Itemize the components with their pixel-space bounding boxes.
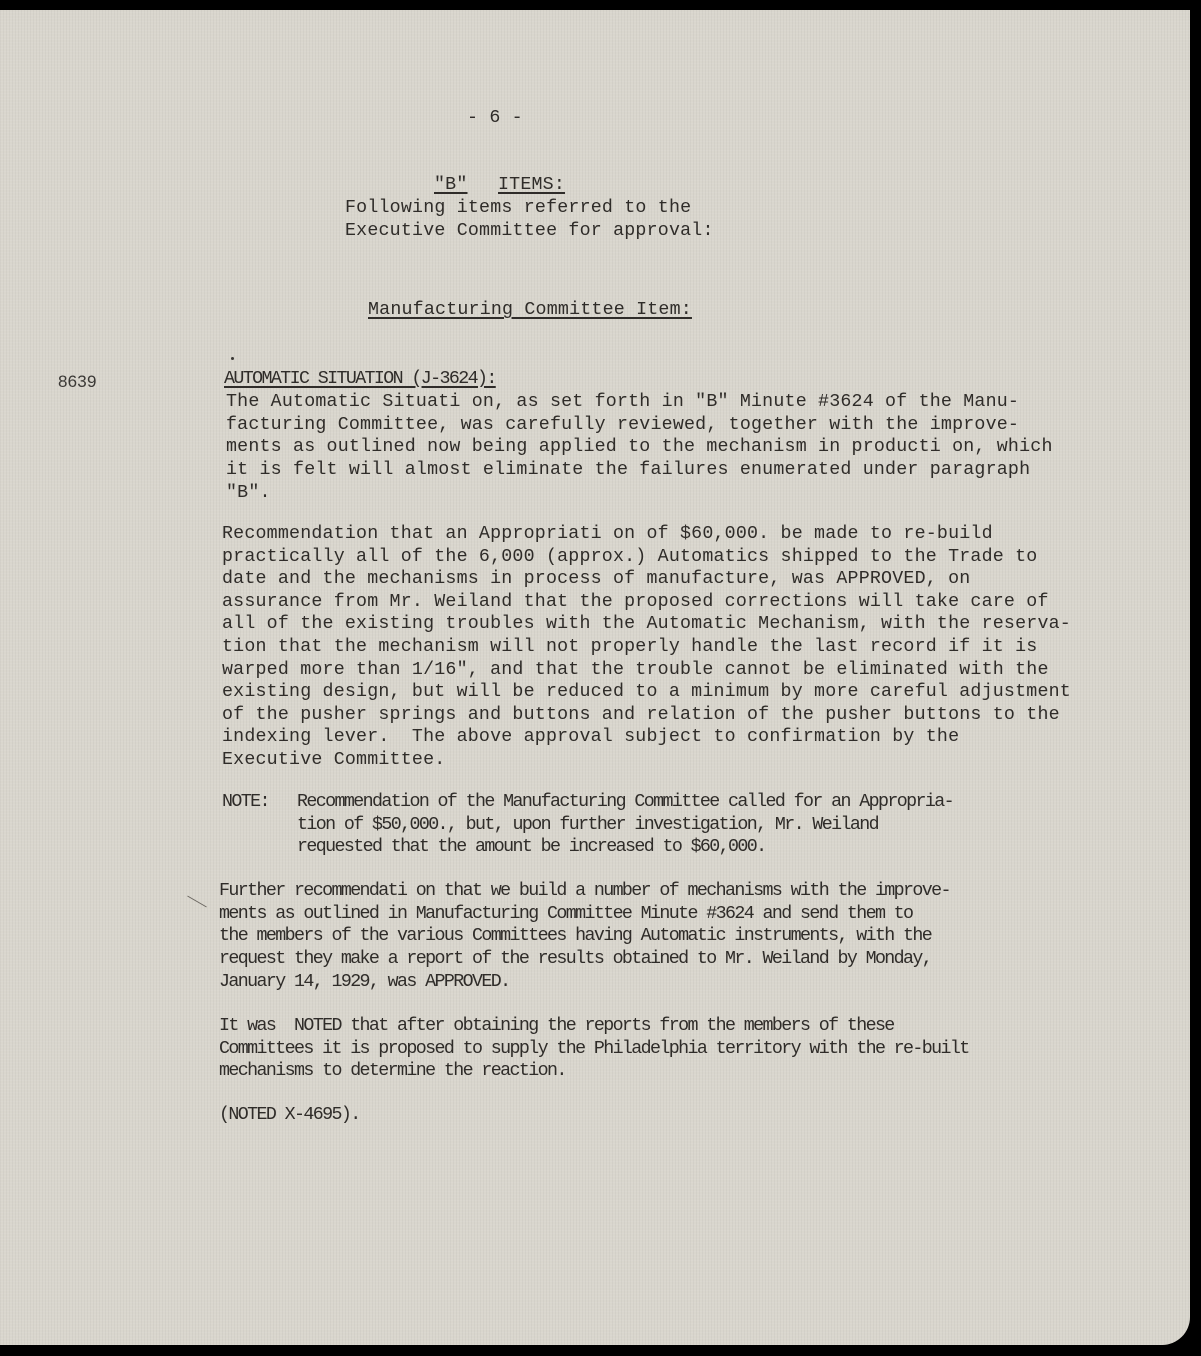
text-line: all of the existing troubles with the Au… bbox=[222, 613, 1071, 636]
text-line: the members of the various Committees ha… bbox=[219, 925, 931, 948]
closing-reference: (NOTED X-4695). bbox=[219, 1104, 360, 1127]
text-line: request they make a report of the result… bbox=[219, 948, 931, 971]
margin-tick-mark bbox=[187, 896, 207, 908]
text-line: of the pusher springs and buttons and re… bbox=[222, 704, 1060, 727]
text-line: Recommendation of the Manufacturing Comm… bbox=[297, 791, 953, 814]
text-line: ments as outlined now being applied to t… bbox=[226, 436, 1053, 459]
text-line: The Automatic Situati on, as set forth i… bbox=[226, 391, 1019, 414]
text-line: warped more than 1/16", and that the tro… bbox=[222, 659, 1049, 682]
text-line: facturing Committee, was carefully revie… bbox=[226, 414, 1019, 437]
section-subtitle-line-1: Following items referred to the bbox=[345, 197, 691, 220]
text-line: mechanisms to determine the reaction. bbox=[219, 1060, 566, 1083]
text-line: tion that the mechanism will not properl… bbox=[222, 636, 1037, 659]
text-line: Further recommendati on that we build a … bbox=[219, 880, 950, 903]
text-line: requested that the amount be increased t… bbox=[297, 836, 766, 859]
text-line: Recommendation that an Appropriati on of… bbox=[222, 523, 993, 546]
text-line: It was NOTED that after obtaining the re… bbox=[219, 1015, 894, 1038]
note-label: NOTE: bbox=[222, 791, 269, 814]
text-line: Executive Committee. bbox=[222, 749, 445, 772]
ink-mark bbox=[231, 357, 234, 360]
committee-heading: Manufacturing Committee Item: bbox=[368, 299, 692, 322]
text-line: date and the mechanisms in process of ma… bbox=[222, 568, 970, 591]
section-heading-label: "B" bbox=[434, 174, 468, 197]
text-line: January 14, 1929, was APPROVED. bbox=[219, 971, 510, 994]
text-line: it is felt will almost eliminate the fai… bbox=[226, 459, 1030, 482]
minute-number: 8639 bbox=[58, 371, 97, 394]
section-subtitle-line-2: Executive Committee for approval: bbox=[345, 220, 714, 243]
text-line: ments as outlined in Manufacturing Commi… bbox=[219, 903, 912, 926]
text-line: "B". bbox=[226, 482, 271, 505]
document-page: - 6 - "B" ITEMS: Following items referre… bbox=[0, 10, 1190, 1345]
text-line: tion of $50,000., but, upon further inve… bbox=[297, 814, 878, 837]
page-number: - 6 - bbox=[467, 107, 523, 130]
item-title: AUTOMATIC SITUATION (J-3624): bbox=[224, 368, 496, 391]
text-line: Committees it is proposed to supply the … bbox=[219, 1038, 969, 1061]
text-line: existing design, but will be reduced to … bbox=[222, 681, 1071, 704]
section-heading-word: ITEMS: bbox=[498, 174, 565, 197]
text-line: practically all of the 6,000 (approx.) A… bbox=[222, 546, 1037, 569]
text-line: assurance from Mr. Weiland that the prop… bbox=[222, 591, 1049, 614]
text-line: indexing lever. The above approval subje… bbox=[222, 726, 959, 749]
